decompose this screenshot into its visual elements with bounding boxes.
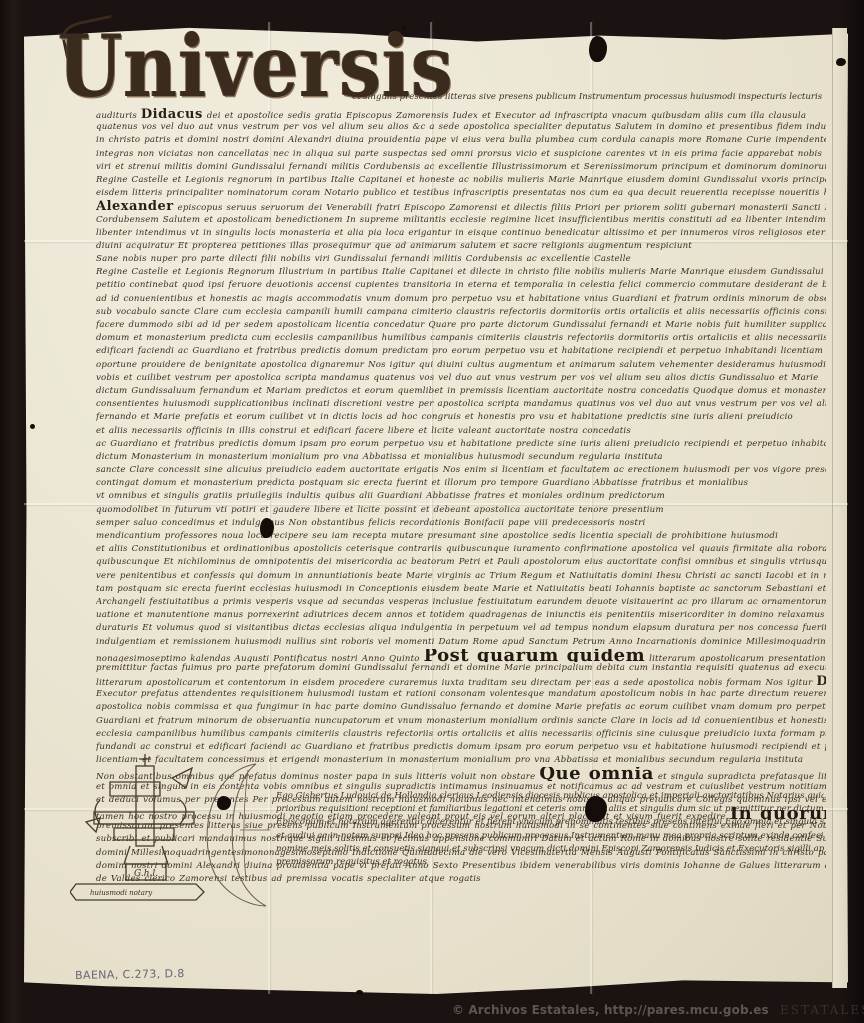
manuscript-line: fernando et Marie prefatis et eorum cuil… (96, 411, 826, 424)
notary-subscription: Ego Gisbertus Ludouici de Hollandia cler… (276, 790, 824, 869)
svg-text:huiusmodi notary: huiusmodi notary (90, 889, 153, 897)
svg-text:G.h.l.: G.h.l. (134, 869, 158, 879)
manuscript-line: quomodolibet in futurum vti potiri et ga… (96, 504, 826, 517)
decorated-initial: Universis (58, 18, 454, 117)
manuscript-line: duraturis Et volumus quod si visitantibu… (96, 622, 826, 635)
manuscript-line: viri et strenui militis domini Gundissal… (96, 161, 826, 174)
manuscript-line: Regine Castelle et Legionis Regnorum Ill… (96, 266, 826, 279)
manuscript-line: in christo patris et domini nostri domin… (96, 134, 826, 147)
manuscript-line: apostolica nobis commissa et qua fungimu… (96, 701, 826, 714)
hole-mark (402, 26, 406, 30)
manuscript-line: eisdem litteris principaliter nominatoru… (96, 187, 826, 200)
emphasized-word: Didacus (141, 108, 203, 121)
copyright-watermark: © Archivos Estatales, http://pares.mcu.g… (452, 1003, 769, 1017)
manuscript-line: sub vocabulo sancte Clare cum ecclesia c… (96, 306, 826, 319)
manuscript-line: et aliis Constitutionibus et ordinationi… (96, 543, 826, 556)
manuscript-line: uatione et manutentione manus porrexerin… (96, 609, 826, 622)
manuscript-line: ac Guardiano et fratribus predictis domu… (96, 438, 826, 451)
manuscript-line: diuini acquiratur Et propterea petitione… (96, 240, 826, 253)
manuscript-line: ad id conuenientibus et honestis ac magi… (96, 293, 826, 306)
manuscript-line: quatenus vos vel duo aut vnus vestrum pe… (96, 121, 826, 134)
notary-line: et audiui ac in notam sumpsi Ideo hoc pr… (276, 830, 824, 843)
manuscript-line: dictum Gundissaluum fernandum et Mariam … (96, 385, 826, 398)
manuscript-line: Archangeli festiuitatibus a primis vespe… (96, 596, 826, 609)
emphasized-word: Alexander (96, 200, 174, 213)
seal-cord-outline (196, 760, 288, 908)
archive-shelfmark: BAENA, C.273, D.8 (75, 967, 185, 982)
notary-line: Episcopum et notarium agerentur dicerent… (276, 816, 824, 829)
manuscript-line: Regine Castelle et Legionis regnorum in … (96, 174, 826, 187)
manuscript-line: vt omnibus et singulis gratiis priuilegi… (96, 490, 826, 503)
manuscript-line: Sane nobis nuper pro parte dilecti filii… (96, 253, 826, 266)
manuscript-line: consentientes huiusmodi supplicationibus… (96, 398, 826, 411)
manuscript-line: vobis et cuilibet vestrum per apostolica… (96, 372, 826, 385)
manuscript-line: Executor prefatus attendentes requisitio… (96, 688, 826, 701)
manuscript-line: audituris Didacus dei et apostolice sedi… (96, 108, 826, 121)
manuscript-line: libenter intendimus vt in singulis locis… (96, 227, 826, 240)
notary-line: Ego Gisbertus Ludouici de Hollandia cler… (276, 790, 824, 803)
manuscript-line: semper saluo concedimus et indulgemus No… (96, 517, 826, 530)
manuscript-line: Alexander episcopus seruus seruorum dei … (96, 200, 826, 213)
manuscript-line: facere dummodo sibi ad id per sedem apos… (96, 319, 826, 332)
manuscript-line: Guardiani et fratrum minorum de obseruan… (96, 715, 826, 728)
manuscript-line: domum et monasterium predicta cum eccles… (96, 332, 826, 345)
emphasized-word: Que omnia (539, 767, 654, 780)
notary-line: premissorum requisitus et rogatus (276, 856, 824, 869)
manuscript-line: ecclesia campanilibus humilibus campanis… (96, 728, 826, 741)
manuscript-line: premittitur factas fuimus pro parte pref… (96, 662, 826, 675)
manuscript-line: edificari faciendi ac Guardiano et fratr… (96, 345, 826, 358)
manuscript-line: quibuscunque Et nichilominus de omnipote… (96, 556, 826, 569)
manuscript-line: et aliis necessariis officinis in illis … (96, 425, 826, 438)
parchment-edge-strip (832, 28, 847, 988)
manuscript-line: vere penitentibus et confessis qui domum… (96, 570, 826, 583)
notary-line: prioribus requisitioni receptioni et fam… (276, 803, 824, 816)
manuscript-line: litterarum apostolicarum et contentorum … (96, 675, 826, 688)
emphasized-word: Didacus (816, 675, 826, 688)
manuscript-line: contingat domum et monasterium predicta … (96, 477, 826, 490)
manuscript-line: sancte Clare concessit sine alicuius pre… (96, 464, 826, 477)
heading-line: et singulis presentes litteras sive pres… (352, 92, 822, 102)
manuscript-line: oportune prouidere de benignitate aposto… (96, 359, 826, 372)
manuscript-line: tam postquam sic erecta fuerint ecclesia… (96, 583, 826, 596)
manuscript-line: petitio continebat quod ipsi feruore deu… (96, 279, 826, 292)
manuscript-line: integras non viciatas non cancellatas ne… (96, 148, 826, 161)
emphasized-word: Post quarum quidem (424, 649, 646, 662)
manuscript-line: dictum Monasterium in monasterium monial… (96, 451, 826, 464)
hole-mark (30, 424, 35, 429)
manuscript-line: nonagesimoseptimo kalendas Augusti Ponti… (96, 649, 826, 662)
manuscript-line: mendicantium professores noua loca recip… (96, 530, 826, 543)
archive-watermark-right: ESTATALES (780, 1003, 864, 1017)
manuscript-line: indulgentiam et remissionem huiusmodi nu… (96, 636, 826, 649)
notary-line: nomine meis solitis et consuetis signaui… (276, 843, 824, 856)
manuscript-line: Cordubensem Salutem et apostolicam bened… (96, 214, 826, 227)
